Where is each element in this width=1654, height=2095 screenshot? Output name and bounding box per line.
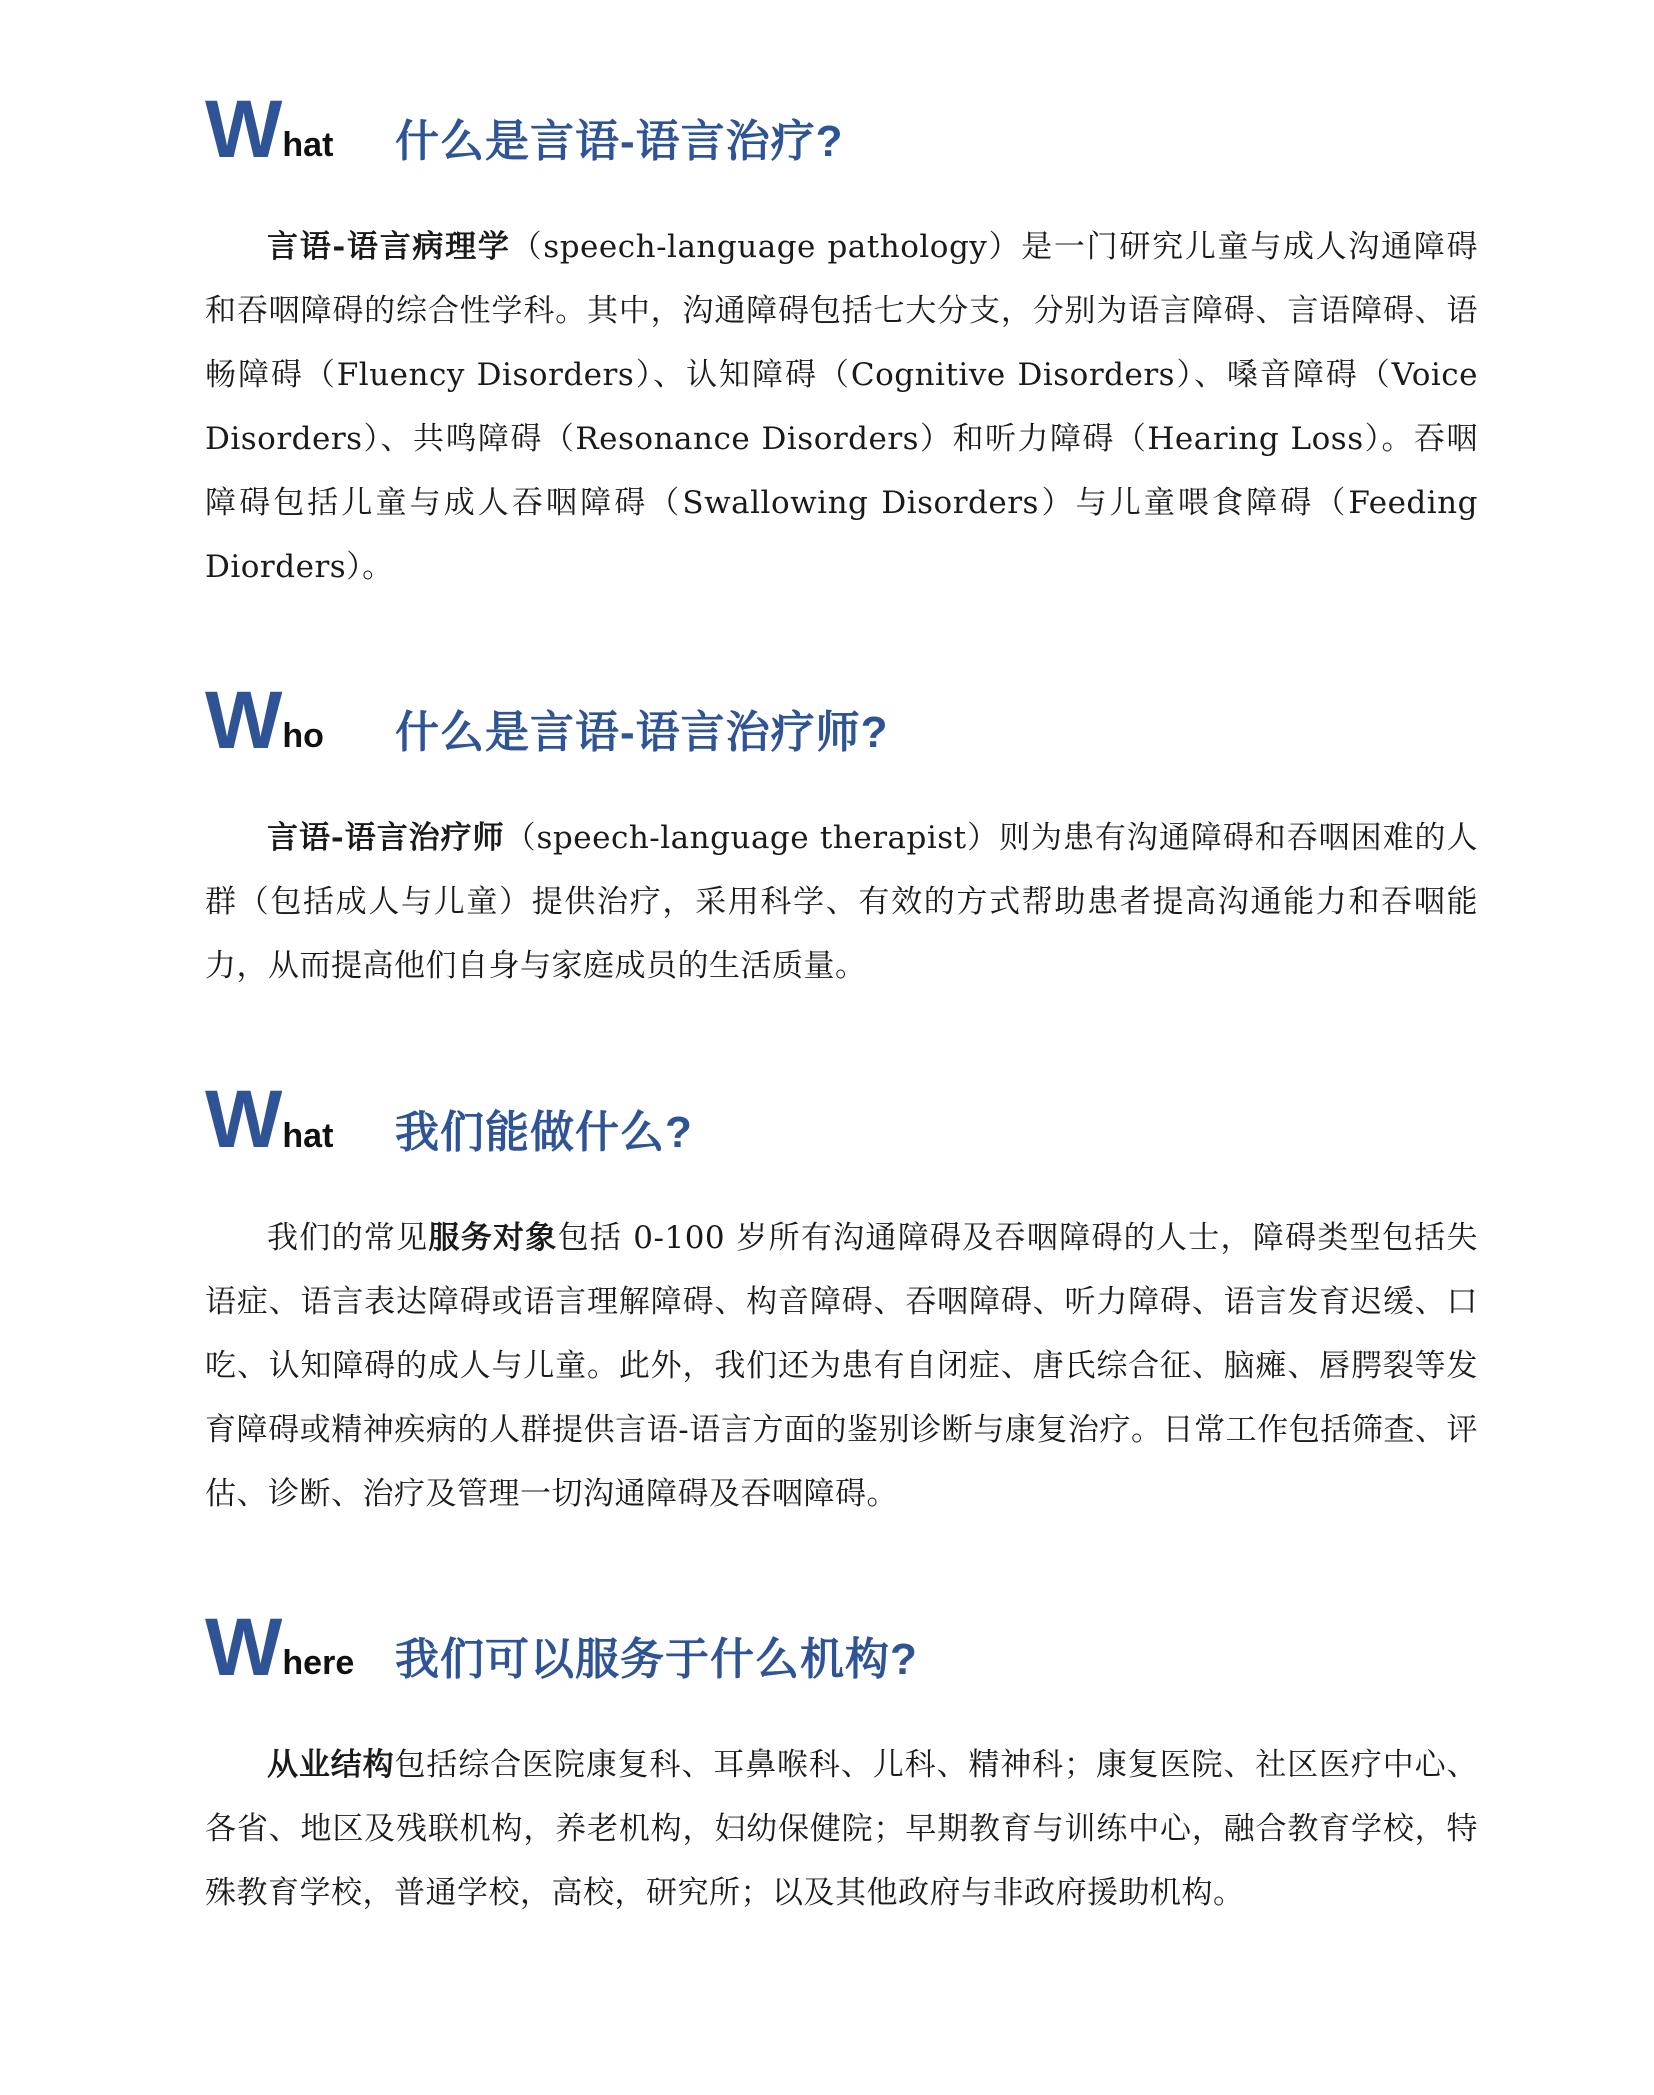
drop-cap-letter: W (205, 687, 280, 754)
paragraph-body-text: （speech-language pathology）是一门研究儿童与成人沟通障… (205, 229, 1478, 585)
paragraph-bold-term: 从业结构 (267, 1747, 395, 1783)
paragraph-body-text: 包括综合医院康复科、耳鼻喉科、儿科、精神科；康复医院、社区医疗中心、各省、地区及… (205, 1747, 1478, 1911)
section-what-therapy: W hat 什么是言语-语言治疗? 言语-语言病理学（speech-langua… (205, 96, 1478, 599)
section-what-we-do-header: W hat 我们能做什么? (205, 1086, 1478, 1153)
paragraph-bold-term: 言语-语言治疗师 (267, 820, 505, 856)
section-who-therapist-header: W ho 什么是言语-语言治疗师? (205, 687, 1478, 754)
section-where-institutions: W here 我们可以服务于什么机构? 从业结构包括综合医院康复科、耳鼻喉科、儿… (205, 1614, 1478, 1925)
section-title: 什么是言语-语言治疗师? (395, 710, 889, 756)
drop-cap-suffix: hat (282, 1119, 333, 1153)
drop-cap-suffix: hat (282, 128, 333, 162)
section-who-therapist: W ho 什么是言语-语言治疗师? 言语-语言治疗师（speech-langua… (205, 687, 1478, 998)
section-paragraph: 言语-语言治疗师（speech-language therapist）则为患有沟… (205, 806, 1478, 998)
section-title: 什么是言语-语言治疗? (395, 119, 844, 165)
section-what-therapy-header: W hat 什么是言语-语言治疗? (205, 96, 1478, 163)
document-page: W hat 什么是言语-语言治疗? 言语-语言病理学（speech-langua… (0, 0, 1654, 2095)
decorative-initial-word: W hat (205, 1086, 395, 1153)
section-title: 我们能做什么? (395, 1110, 693, 1156)
section-paragraph: 从业结构包括综合医院康复科、耳鼻喉科、儿科、精神科；康复医院、社区医疗中心、各省… (205, 1733, 1478, 1925)
paragraph-bold-term: 言语-语言病理学 (267, 229, 511, 265)
paragraph-lead: 我们的常见 (267, 1220, 428, 1256)
drop-cap-letter: W (205, 96, 280, 163)
drop-cap-suffix: ho (282, 719, 324, 753)
section-where-institutions-header: W here 我们可以服务于什么机构? (205, 1614, 1478, 1681)
decorative-initial-word: W here (205, 1614, 395, 1681)
section-paragraph: 言语-语言病理学（speech-language pathology）是一门研究… (205, 215, 1478, 599)
decorative-initial-word: W hat (205, 96, 395, 163)
section-paragraph: 我们的常见服务对象包括 0-100 岁所有沟通障碍及吞咽障碍的人士，障碍类型包括… (205, 1206, 1478, 1526)
drop-cap-letter: W (205, 1086, 280, 1153)
decorative-initial-word: W ho (205, 687, 395, 754)
drop-cap-suffix: here (282, 1646, 354, 1680)
paragraph-bold-term: 服务对象 (428, 1220, 557, 1256)
paragraph-body-text: 包括 0-100 岁所有沟通障碍及吞咽障碍的人士，障碍类型包括失语症、语言表达障… (205, 1220, 1478, 1512)
section-title: 我们可以服务于什么机构? (395, 1637, 918, 1683)
section-what-we-do: W hat 我们能做什么? 我们的常见服务对象包括 0-100 岁所有沟通障碍及… (205, 1086, 1478, 1525)
drop-cap-letter: W (205, 1614, 280, 1681)
